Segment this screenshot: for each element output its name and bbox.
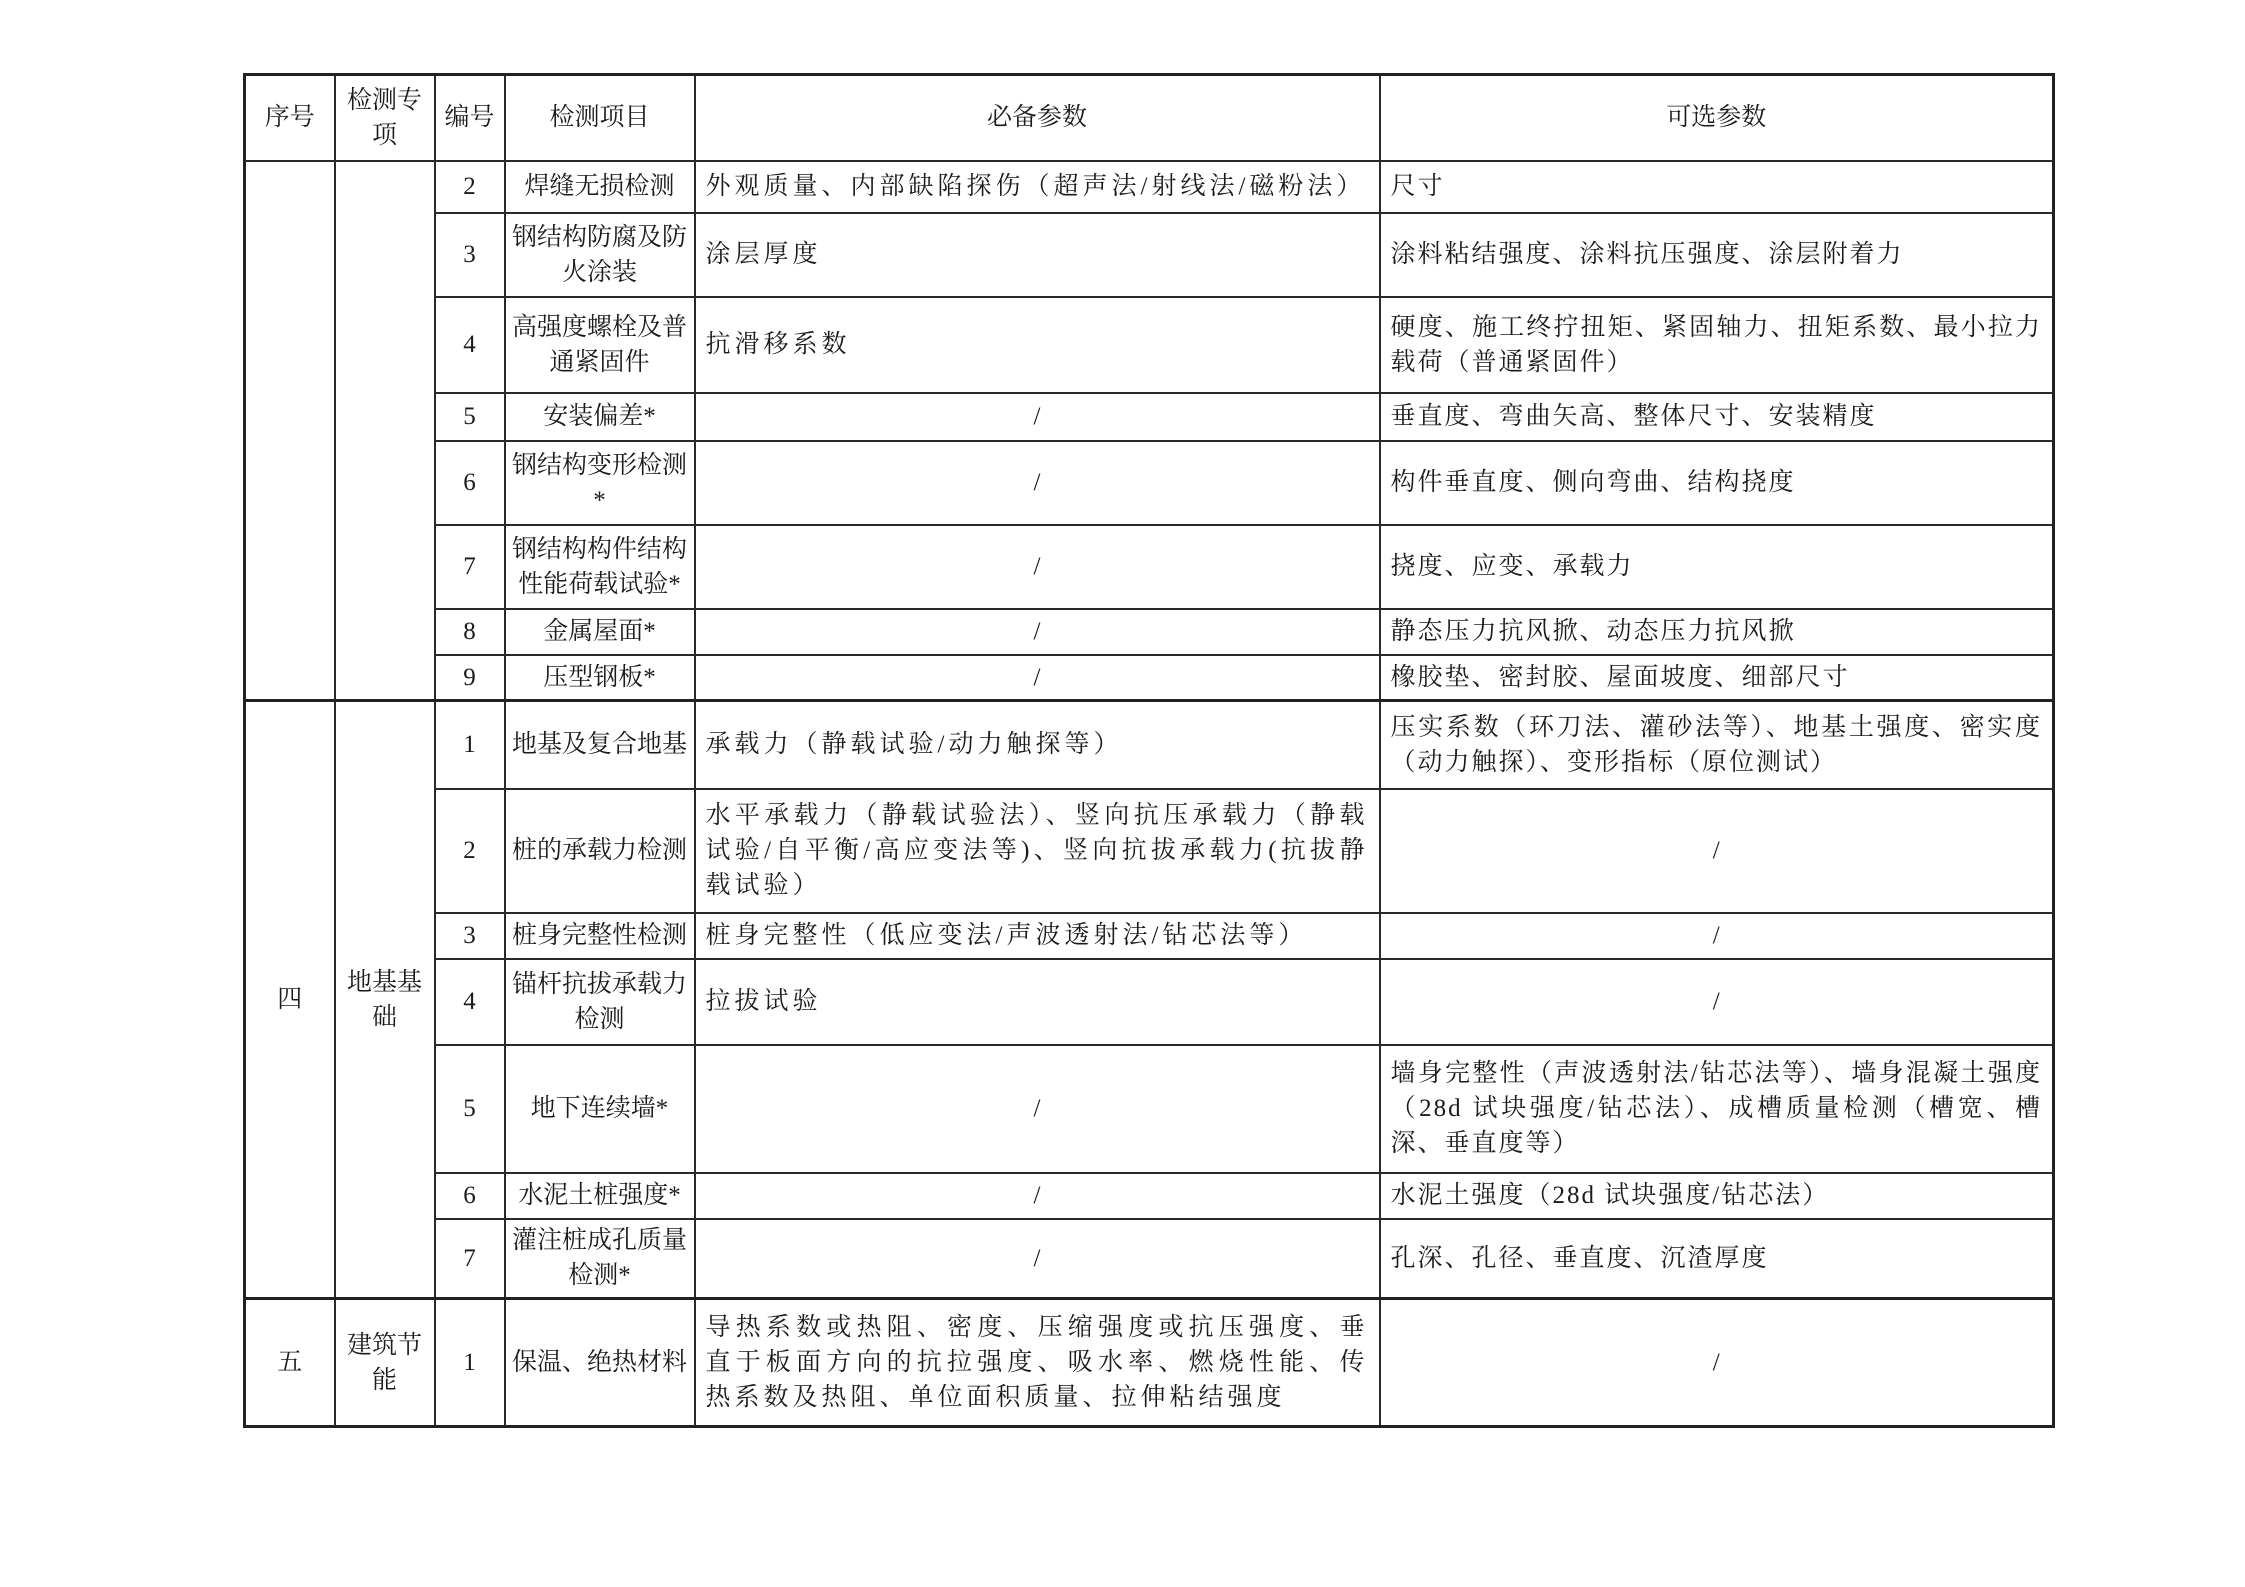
- required-params-cell: /: [695, 655, 1380, 701]
- required-params-cell: /: [695, 1173, 1380, 1219]
- document-page: 序号 检测专项 编号 检测项目 必备参数 可选参数 2焊缝无损检测外观质量、内部…: [0, 0, 2245, 1587]
- col-header-number: 编号: [435, 75, 505, 161]
- optional-params-cell: 构件垂直度、侧向弯曲、结构挠度: [1380, 441, 2054, 525]
- optional-params-cell: 压实系数（环刀法、灌砂法等）、地基土强度、密实度（动力触探）、变形指标（原位测试…: [1380, 701, 2054, 789]
- required-params-cell: /: [695, 1219, 1380, 1299]
- row-number-cell: 5: [435, 1045, 505, 1173]
- optional-params-cell: 静态压力抗风掀、动态压力抗风掀: [1380, 609, 2054, 655]
- row-number-cell: 3: [435, 913, 505, 959]
- item-cell: 水泥土桩强度*: [505, 1173, 695, 1219]
- required-params-cell: 拉拔试验: [695, 959, 1380, 1045]
- optional-params-cell: 水泥土强度（28d 试块强度/钻芯法）: [1380, 1173, 2054, 1219]
- optional-params-cell: 墙身完整性（声波透射法/钻芯法等）、墙身混凝土强度（28d 试块强度/钻芯法）、…: [1380, 1045, 2054, 1173]
- col-header-item: 检测项目: [505, 75, 695, 161]
- serial-cell: [245, 161, 335, 701]
- specialty-cell: [335, 161, 435, 701]
- item-cell: 安装偏差*: [505, 393, 695, 441]
- required-params-cell: /: [695, 393, 1380, 441]
- col-header-specialty: 检测专项: [335, 75, 435, 161]
- header-row: 序号 检测专项 编号 检测项目 必备参数 可选参数: [245, 75, 2054, 161]
- item-cell: 地基及复合地基: [505, 701, 695, 789]
- table-row: 7钢结构构件结构性能荷载试验*/挠度、应变、承载力: [245, 525, 2054, 609]
- serial-cell: 四: [245, 701, 335, 1299]
- table-row: 5安装偏差*/垂直度、弯曲矢高、整体尺寸、安装精度: [245, 393, 2054, 441]
- row-number-cell: 5: [435, 393, 505, 441]
- item-cell: 地下连续墙*: [505, 1045, 695, 1173]
- required-params-cell: 水平承载力（静载试验法）、竖向抗压承载力（静载试验/自平衡/高应变法等)、竖向抗…: [695, 789, 1380, 913]
- specialty-cell: 建筑节能: [335, 1299, 435, 1427]
- row-number-cell: 9: [435, 655, 505, 701]
- col-header-serial: 序号: [245, 75, 335, 161]
- item-cell: 压型钢板*: [505, 655, 695, 701]
- item-cell: 金属屋面*: [505, 609, 695, 655]
- table-row: 五建筑节能1保温、绝热材料导热系数或热阻、密度、压缩强度或抗压强度、垂直于板面方…: [245, 1299, 2054, 1427]
- row-number-cell: 1: [435, 1299, 505, 1427]
- required-params-cell: 导热系数或热阻、密度、压缩强度或抗压强度、垂直于板面方向的抗拉强度、吸水率、燃烧…: [695, 1299, 1380, 1427]
- row-number-cell: 3: [435, 213, 505, 297]
- row-number-cell: 4: [435, 297, 505, 393]
- table-row: 3钢结构防腐及防火涂装涂层厚度涂料粘结强度、涂料抗压强度、涂层附着力: [245, 213, 2054, 297]
- optional-params-cell: 孔深、孔径、垂直度、沉渣厚度: [1380, 1219, 2054, 1299]
- col-header-optional-params: 可选参数: [1380, 75, 2054, 161]
- table-row: 4锚杆抗拔承载力检测拉拔试验/: [245, 959, 2054, 1045]
- row-number-cell: 1: [435, 701, 505, 789]
- required-params-cell: /: [695, 609, 1380, 655]
- row-number-cell: 8: [435, 609, 505, 655]
- item-cell: 保温、绝热材料: [505, 1299, 695, 1427]
- item-cell: 钢结构构件结构性能荷载试验*: [505, 525, 695, 609]
- table-body: 2焊缝无损检测外观质量、内部缺陷探伤（超声法/射线法/磁粉法）尺寸3钢结构防腐及…: [245, 161, 2054, 1427]
- table-row: 2焊缝无损检测外观质量、内部缺陷探伤（超声法/射线法/磁粉法）尺寸: [245, 161, 2054, 213]
- optional-params-cell: /: [1380, 789, 2054, 913]
- optional-params-cell: 硬度、施工终拧扭矩、紧固轴力、扭矩系数、最小拉力载荷（普通紧固件）: [1380, 297, 2054, 393]
- row-number-cell: 2: [435, 789, 505, 913]
- row-number-cell: 6: [435, 1173, 505, 1219]
- optional-params-cell: 垂直度、弯曲矢高、整体尺寸、安装精度: [1380, 393, 2054, 441]
- optional-params-cell: /: [1380, 913, 2054, 959]
- item-cell: 钢结构变形检测*: [505, 441, 695, 525]
- required-params-cell: /: [695, 1045, 1380, 1173]
- item-cell: 灌注桩成孔质量检测*: [505, 1219, 695, 1299]
- table-row: 4高强度螺栓及普通紧固件抗滑移系数硬度、施工终拧扭矩、紧固轴力、扭矩系数、最小拉…: [245, 297, 2054, 393]
- optional-params-cell: 橡胶垫、密封胶、屋面坡度、细部尺寸: [1380, 655, 2054, 701]
- item-cell: 锚杆抗拔承载力检测: [505, 959, 695, 1045]
- required-params-cell: 涂层厚度: [695, 213, 1380, 297]
- table-row: 四地基基础1地基及复合地基承载力（静载试验/动力触探等）压实系数（环刀法、灌砂法…: [245, 701, 2054, 789]
- table-row: 6钢结构变形检测*/构件垂直度、侧向弯曲、结构挠度: [245, 441, 2054, 525]
- required-params-cell: 外观质量、内部缺陷探伤（超声法/射线法/磁粉法）: [695, 161, 1380, 213]
- table-row: 3桩身完整性检测桩身完整性（低应变法/声波透射法/钻芯法等）/: [245, 913, 2054, 959]
- required-params-cell: 桩身完整性（低应变法/声波透射法/钻芯法等）: [695, 913, 1380, 959]
- table-row: 9压型钢板*/橡胶垫、密封胶、屋面坡度、细部尺寸: [245, 655, 2054, 701]
- required-params-cell: 抗滑移系数: [695, 297, 1380, 393]
- table-row: 7灌注桩成孔质量检测*/孔深、孔径、垂直度、沉渣厚度: [245, 1219, 2054, 1299]
- item-cell: 高强度螺栓及普通紧固件: [505, 297, 695, 393]
- row-number-cell: 7: [435, 525, 505, 609]
- table-row: 2桩的承载力检测水平承载力（静载试验法）、竖向抗压承载力（静载试验/自平衡/高应…: [245, 789, 2054, 913]
- optional-params-cell: /: [1380, 959, 2054, 1045]
- table-row: 5地下连续墙*/墙身完整性（声波透射法/钻芯法等）、墙身混凝土强度（28d 试块…: [245, 1045, 2054, 1173]
- row-number-cell: 6: [435, 441, 505, 525]
- item-cell: 桩身完整性检测: [505, 913, 695, 959]
- row-number-cell: 2: [435, 161, 505, 213]
- required-params-cell: /: [695, 525, 1380, 609]
- specialty-cell: 地基基础: [335, 701, 435, 1299]
- optional-params-cell: 挠度、应变、承载力: [1380, 525, 2054, 609]
- serial-cell: 五: [245, 1299, 335, 1427]
- item-cell: 桩的承载力检测: [505, 789, 695, 913]
- col-header-required-params: 必备参数: [695, 75, 1380, 161]
- item-cell: 钢结构防腐及防火涂装: [505, 213, 695, 297]
- table-row: 6水泥土桩强度*/水泥土强度（28d 试块强度/钻芯法）: [245, 1173, 2054, 1219]
- row-number-cell: 4: [435, 959, 505, 1045]
- row-number-cell: 7: [435, 1219, 505, 1299]
- table-row: 8金属屋面*/静态压力抗风掀、动态压力抗风掀: [245, 609, 2054, 655]
- optional-params-cell: /: [1380, 1299, 2054, 1427]
- item-cell: 焊缝无损检测: [505, 161, 695, 213]
- optional-params-cell: 尺寸: [1380, 161, 2054, 213]
- optional-params-cell: 涂料粘结强度、涂料抗压强度、涂层附着力: [1380, 213, 2054, 297]
- required-params-cell: 承载力（静载试验/动力触探等）: [695, 701, 1380, 789]
- required-params-cell: /: [695, 441, 1380, 525]
- inspection-parameters-table: 序号 检测专项 编号 检测项目 必备参数 可选参数 2焊缝无损检测外观质量、内部…: [243, 73, 2055, 1428]
